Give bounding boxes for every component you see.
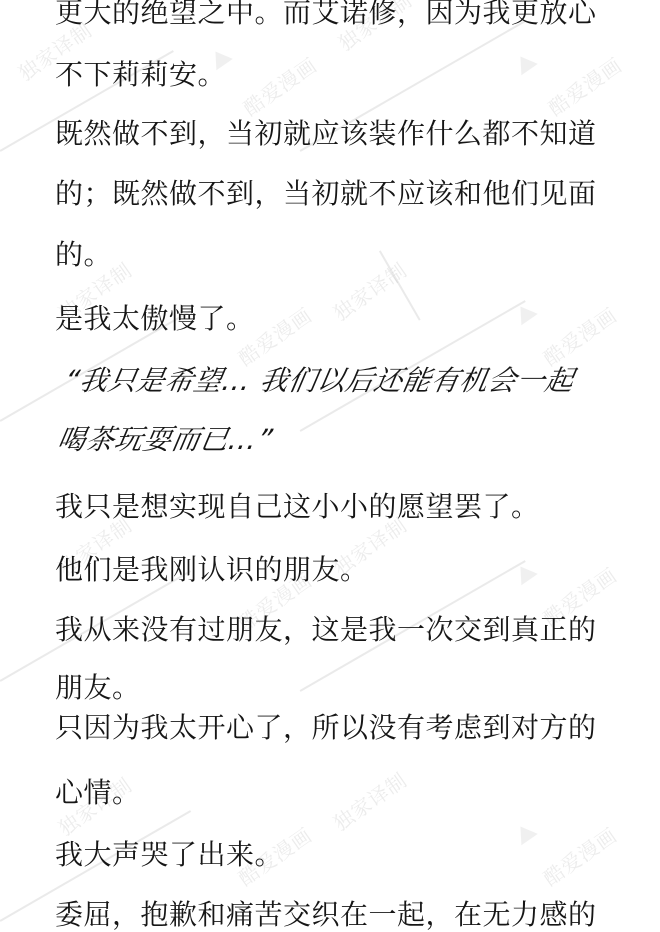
text-line: 心情。: [55, 778, 141, 808]
text-line: 委屈，抱歉和痛苦交织在一起，在无力感的: [55, 900, 597, 930]
text-line: 更大的绝望之中。而艾诺修，因为我更放心: [55, 0, 597, 28]
text-line: 不下莉莉安。: [55, 60, 226, 90]
text-line: 的；既然做不到，当初就不应该和他们见面: [55, 179, 597, 209]
text-line: 我大声哭了出来。: [55, 840, 283, 870]
text-line: 既然做不到，当初就应该装作什么都不知道: [55, 119, 597, 149]
text-line: 我从来没有过朋友，这是我一次交到真正的: [55, 615, 597, 645]
quote-line: 喝茶玩耍而已…”: [55, 425, 275, 455]
text-line: 朋友。: [55, 673, 141, 703]
text-line: 他们是我刚认识的朋友。: [55, 555, 369, 585]
quote-line: “我只是希望… 我们以后还能有机会一起: [62, 366, 576, 396]
document-body: 更大的绝望之中。而艾诺修，因为我更放心 不下莉莉安。 既然做不到，当初就应该装作…: [0, 0, 660, 932]
text-line: 只因为我太开心了，所以没有考虑到对方的: [55, 713, 597, 743]
text-line: 的。: [55, 240, 112, 270]
text-line: 我只是想实现自己这小小的愿望罢了。: [55, 492, 540, 522]
text-line: 是我太傲慢了。: [55, 304, 255, 334]
